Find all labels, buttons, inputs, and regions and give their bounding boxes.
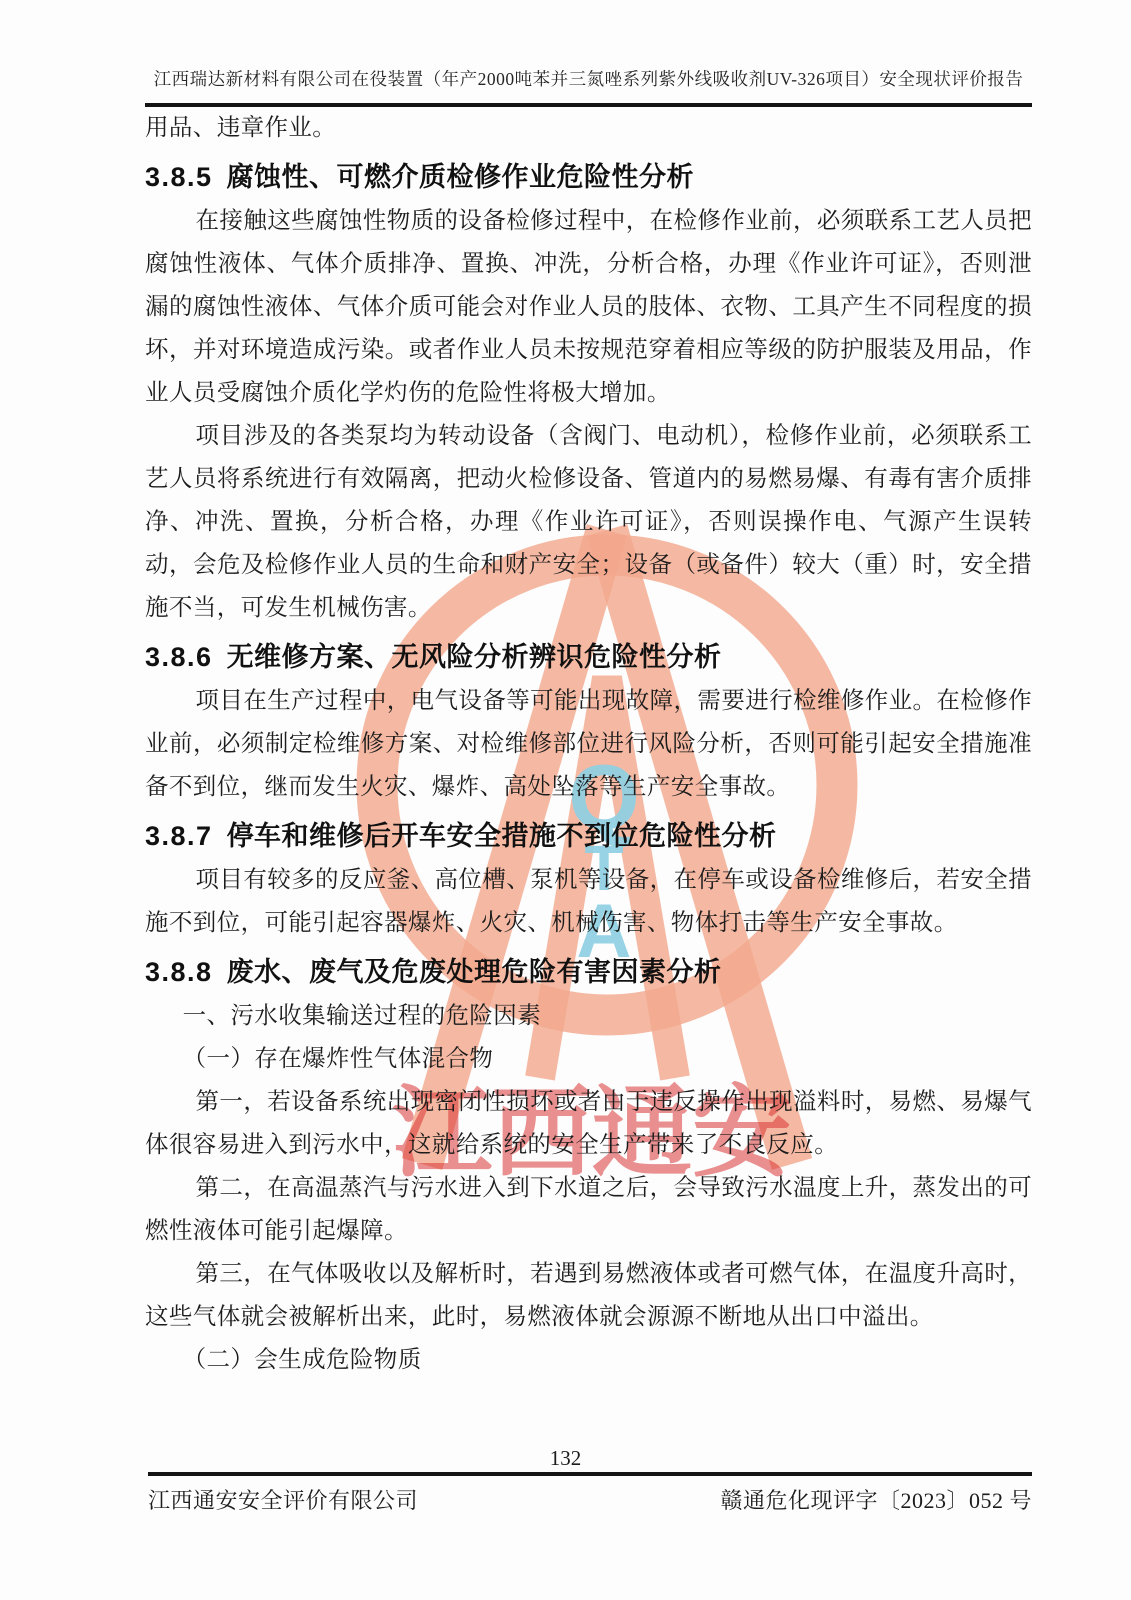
section-title: 无维修方案、无风险分析辨识危险性分析 xyxy=(227,642,722,672)
paragraph: 项目在生产过程中，电气设备等可能出现故障，需要进行检维修作业。在检修作业前，必须… xyxy=(145,680,1032,809)
body-text: 用品、违章作业。 3.8.5腐蚀性、可燃介质检修作业危险性分析 在接触这些腐蚀性… xyxy=(145,107,1032,1382)
list-item: （一）存在爆炸性气体混合物 xyxy=(145,1038,1032,1081)
paragraph: 第二，在高温蒸汽与污水进入到下水道之后，会导致污水温度上升，蒸发出的可燃性液体可… xyxy=(145,1167,1032,1253)
page-footer: 江西通安安全评价有限公司 赣通危化现评字〔2023〕052 号 xyxy=(148,1484,1032,1515)
section-number: 3.8.5 xyxy=(145,162,213,192)
section-heading-3-8-6: 3.8.6无维修方案、无风险分析辨识危险性分析 xyxy=(145,634,1032,680)
paragraph: 第三，在气体吸收以及解析时，若遇到易燃液体或者可燃气体，在温度升高时，这些气体就… xyxy=(145,1253,1032,1339)
section-heading-3-8-7: 3.8.7停车和维修后开车安全措施不到位危险性分析 xyxy=(145,813,1032,859)
section-number: 3.8.7 xyxy=(145,821,213,851)
section-number: 3.8.8 xyxy=(145,957,213,987)
running-header-title: 江西瑞达新材料有限公司在役装置（年产2000吨苯并三氮唑系列紫外线吸收剂UV-3… xyxy=(145,0,1032,91)
footer-divider xyxy=(148,1472,1032,1476)
paragraph: 项目有较多的反应釜、高位槽、泵机等设备，在停车或设备检维修后，若安全措施不到位，… xyxy=(145,859,1032,945)
section-heading-3-8-5: 3.8.5腐蚀性、可燃介质检修作业危险性分析 xyxy=(145,154,1032,200)
continuation-paragraph: 用品、违章作业。 xyxy=(145,107,1032,150)
section-heading-3-8-8: 3.8.8废水、废气及危废处理危险有害因素分析 xyxy=(145,949,1032,995)
document-page: Q T A 江西通安 江西瑞达新材料有限公司在役装置（年产2000吨苯并三氮唑系… xyxy=(0,0,1131,1600)
section-title: 停车和维修后开车安全措施不到位危险性分析 xyxy=(227,821,777,851)
page-content: 江西瑞达新材料有限公司在役装置（年产2000吨苯并三氮唑系列紫外线吸收剂UV-3… xyxy=(0,0,1131,1382)
page-number: 132 xyxy=(0,1446,1131,1471)
list-item: 一、污水收集输送过程的危险因素 xyxy=(145,995,1032,1038)
paragraph: 项目涉及的各类泵均为转动设备（含阀门、电动机），检修作业前，必须联系工艺人员将系… xyxy=(145,415,1032,630)
paragraph: 在接触这些腐蚀性物质的设备检修过程中，在检修作业前，必须联系工艺人员把腐蚀性液体… xyxy=(145,200,1032,415)
list-item: （二）会生成危险物质 xyxy=(145,1339,1032,1382)
section-title: 废水、废气及危废处理危险有害因素分析 xyxy=(227,957,722,987)
footer-document-number: 赣通危化现评字〔2023〕052 号 xyxy=(720,1484,1032,1515)
section-number: 3.8.6 xyxy=(145,642,213,672)
paragraph: 第一，若设备系统出现密闭性损坏或者由于违反操作出现溢料时，易燃、易爆气体很容易进… xyxy=(145,1081,1032,1167)
footer-company-name: 江西通安安全评价有限公司 xyxy=(148,1484,418,1515)
section-title: 腐蚀性、可燃介质检修作业危险性分析 xyxy=(227,162,695,192)
